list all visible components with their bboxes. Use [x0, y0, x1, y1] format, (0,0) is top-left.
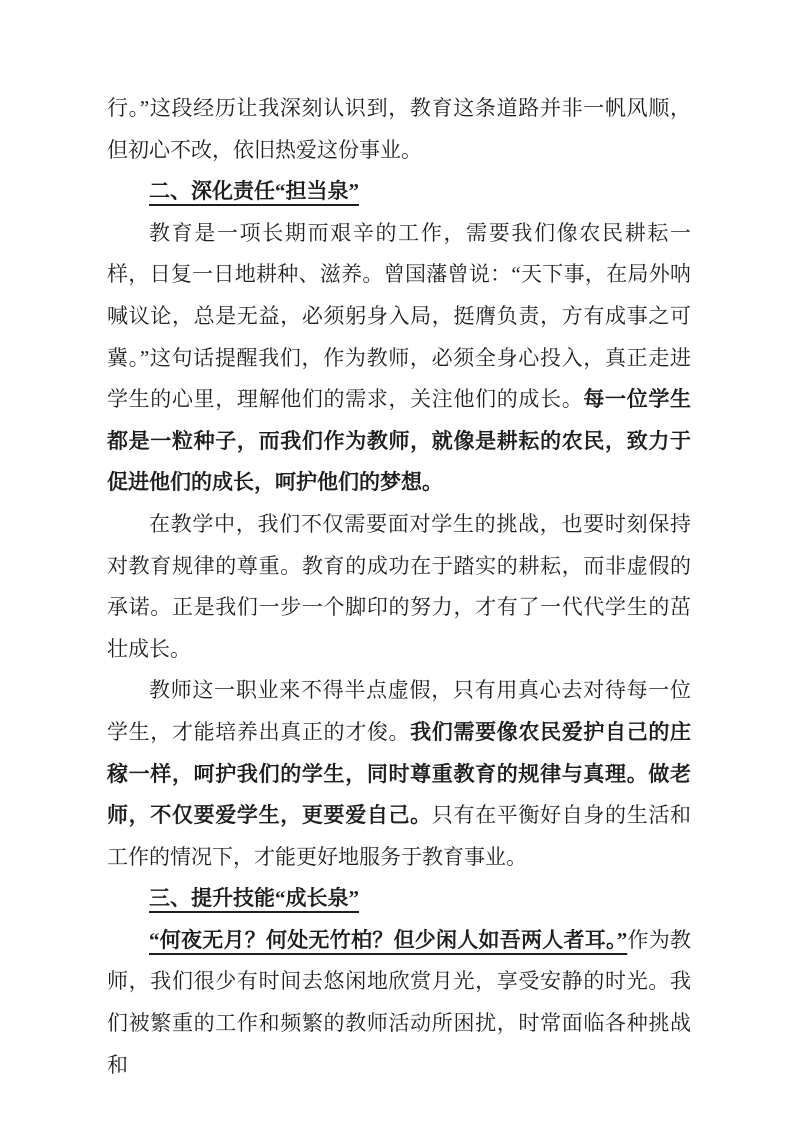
paragraph-text: 行。”这段经历让我深刻认识到，教育这条道路并非一帆风顺，但初心不改，依旧热爱这份…	[107, 96, 691, 162]
document-page: 行。”这段经历让我深刻认识到，教育这条道路并非一帆风顺，但初心不改，依旧热爱这份…	[0, 0, 793, 1122]
section-heading-2: 二、深化责任“担当泉”	[107, 171, 691, 213]
paragraph-text: 教育是一项长期而艰辛的工作，需要我们像农民耕耘一样，日复一日地耕种、滋养。曾国藩…	[107, 221, 691, 411]
paragraph-text: 在教学中，我们不仅需要面对学生的挑战，也要时刻保持对教育规律的尊重。教育的成功在…	[107, 512, 691, 661]
paragraph-continuation: 行。”这段经历让我深刻认识到，教育这条道路并非一帆风顺，但初心不改，依旧热爱这份…	[107, 88, 691, 171]
heading-text: 二、深化责任“担当泉”	[149, 179, 359, 203]
paragraph: “何夜无月？何处无竹柏？但少闲人如吾两人者耳。”作为教师，我们很少有时间去悠闲地…	[107, 920, 691, 1086]
paragraph: 教师这一职业来不得半点虚假，只有用真心去对待每一位学生，才能培养出真正的才俊。我…	[107, 670, 691, 878]
quote-text-bold-underline: “何夜无月？何处无竹柏？但少闲人如吾两人者耳。”	[149, 928, 627, 952]
heading-text: 三、提升技能“成长泉”	[149, 886, 359, 910]
section-heading-3: 三、提升技能“成长泉”	[107, 878, 691, 920]
paragraph: 教育是一项长期而艰辛的工作，需要我们像农民耕耘一样，日复一日地耕种、滋养。曾国藩…	[107, 213, 691, 504]
document-body: 行。”这段经历让我深刻认识到，教育这条道路并非一帆风顺，但初心不改，依旧热爱这份…	[107, 88, 691, 1086]
paragraph: 在教学中，我们不仅需要面对学生的挑战，也要时刻保持对教育规律的尊重。教育的成功在…	[107, 504, 691, 670]
